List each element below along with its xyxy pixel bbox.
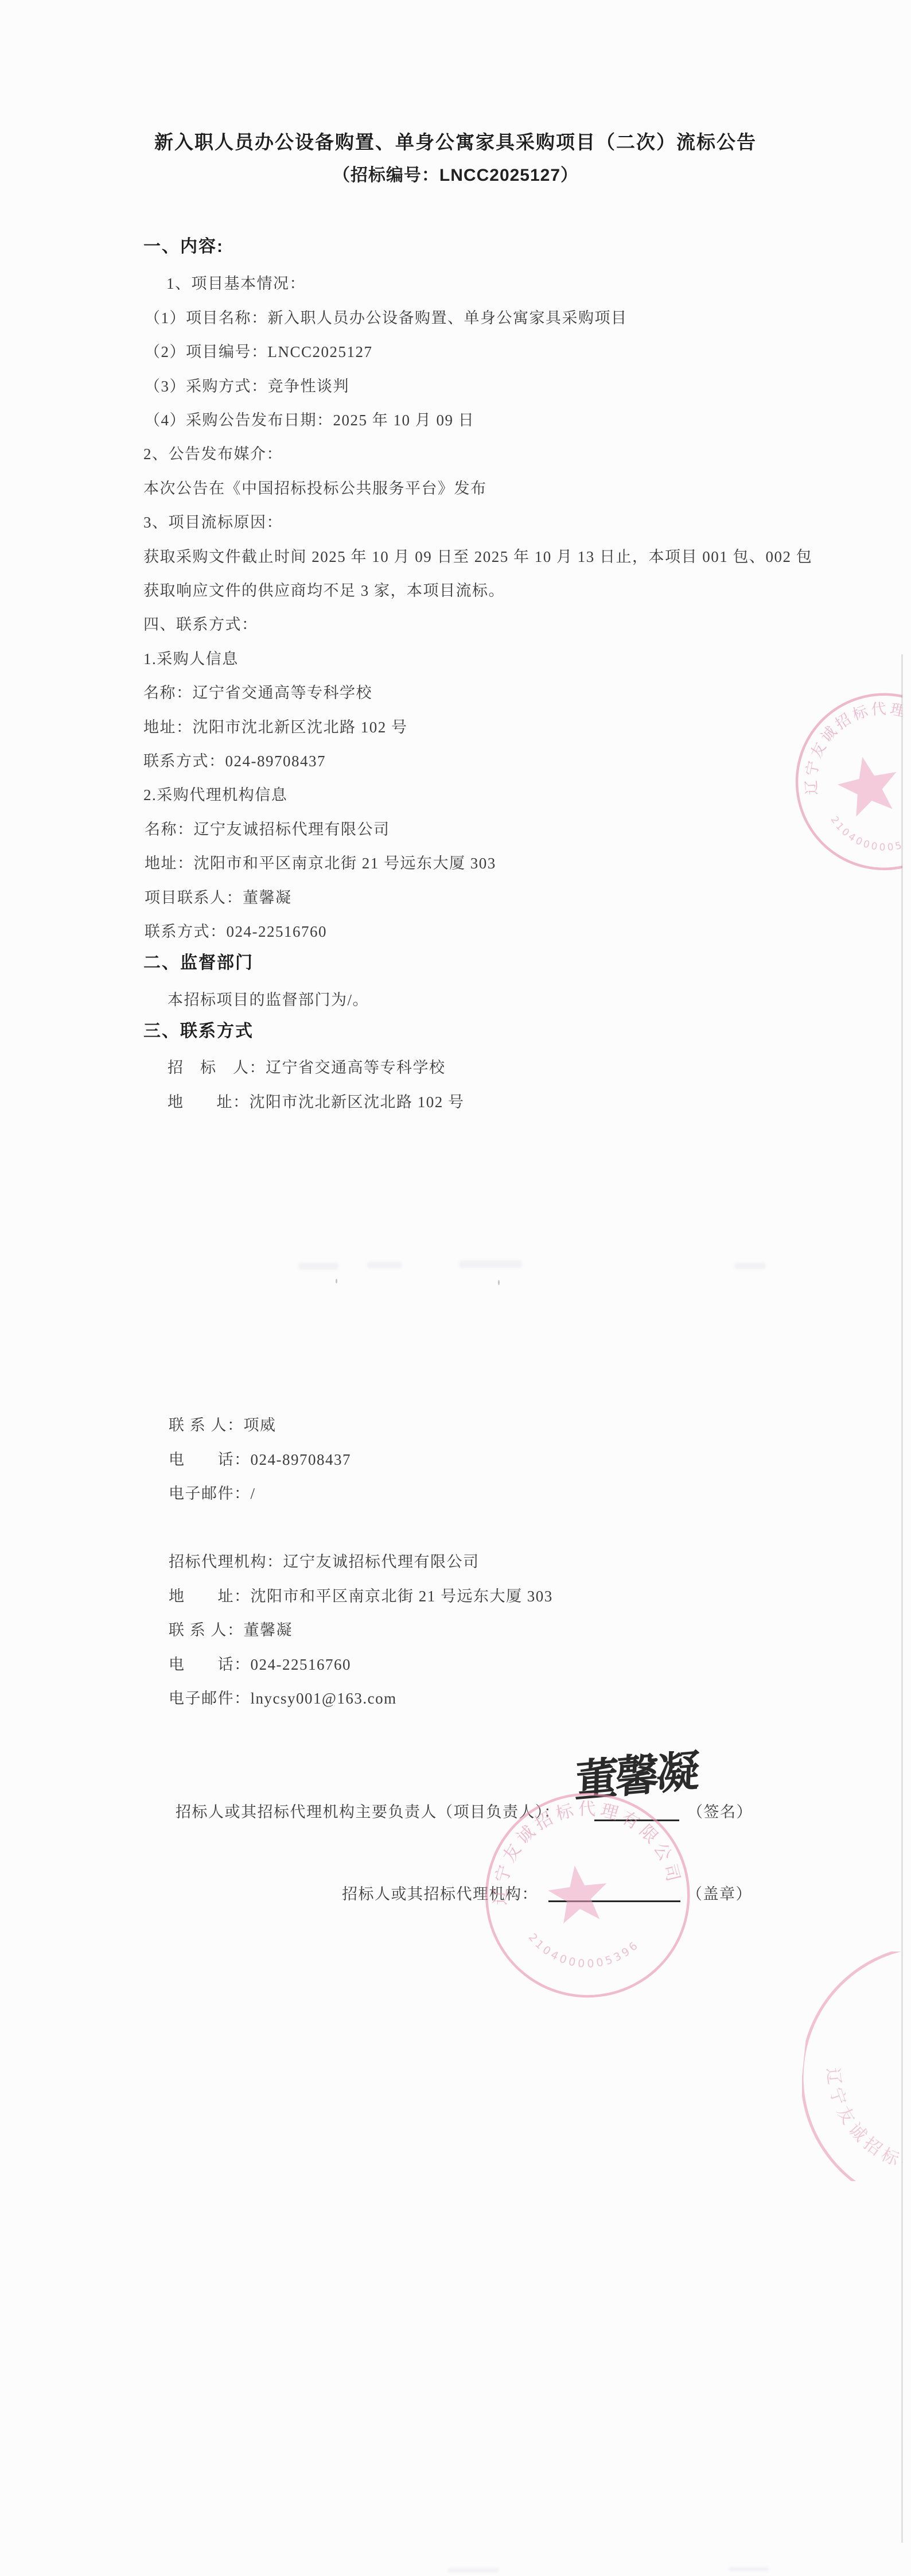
svg-text:辽宁友诚招标代理有限公: 辽宁友诚招标代理有限公 xyxy=(795,686,902,798)
body-line-agency2-name: 招标代理机构：辽宁友诚招标代理有限公司 xyxy=(169,1552,480,1572)
body-line-purchaser-name: 名称：辽宁省交通高等专科学校 xyxy=(143,683,372,703)
body-line-tenderer-address: 地 址：沈阳市沈北新区沈北路 102 号 xyxy=(168,1092,465,1112)
body-line-supervision: 本招标项目的监督部门为/。 xyxy=(168,990,369,1010)
document-title: 新入职人员办公设备购置、单身公寓家具采购项目（二次）流标公告 xyxy=(0,127,911,154)
document-subtitle-tender-number: （招标编号：LNCC2025127） xyxy=(0,161,911,186)
signature-suffix: （签名） xyxy=(687,1802,753,1822)
body-line-contact-heading: 四、联系方式： xyxy=(143,615,258,634)
seal-company-arc-text: 辽宁友诚招标代理有限公 xyxy=(795,686,902,798)
body-line-agency-info: 2.采购代理机构信息 xyxy=(143,785,287,805)
signature-line-label: 招标人或其招标代理机构主要负责人（项目负责人）： xyxy=(176,1802,560,1822)
scan-edge-smudge xyxy=(447,2568,499,2573)
body-line-media-heading: 2、公告发布媒介： xyxy=(143,444,283,464)
body-line: 1、项目基本情况： xyxy=(166,274,306,293)
section-heading-content: 一、内容: xyxy=(143,237,224,257)
company-seal-stamp-upper-right: 辽宁友诚招标代理有限公 2104000005396 xyxy=(795,686,902,876)
seal-underline xyxy=(548,1886,680,1902)
body-line-agency2-contact: 联 系 人：董馨凝 xyxy=(169,1620,293,1640)
body-line-fail-reason-heading: 3、项目流标原因： xyxy=(143,513,283,532)
section-heading-supervision: 二、监督部门 xyxy=(143,953,254,973)
body-line-purchaser-phone: 联系方式：024-89708437 xyxy=(143,751,326,771)
svg-text:2104000005396: 2104000005396 xyxy=(827,797,902,865)
body-line-procurement-method: （3）采购方式：竞争性谈判 xyxy=(145,377,349,396)
handwritten-signature: 董馨凝 xyxy=(574,1734,719,1810)
seal-company-arc-text: 辽宁友诚招标代理有限公司 xyxy=(813,2065,902,2181)
body-line-agency-address: 地址：沈阳市和平区南京北街 21 号远东大厦 303 xyxy=(145,854,496,873)
bleedthrough-smudge xyxy=(298,1263,338,1270)
body-line-fail-reason-2: 获取响应文件的供应商均不足 3 家，本项目流标。 xyxy=(143,581,505,600)
seal-reg-number: 2104000005396 xyxy=(525,1918,644,1977)
bleedthrough-smudge xyxy=(734,1263,766,1269)
body-line-purchaser-address: 地址：沈阳市沈北新区沈北路 102 号 xyxy=(143,717,408,737)
body-line-contact-person: 联 系 人：项威 xyxy=(169,1415,277,1435)
scan-edge-smudge xyxy=(729,2567,769,2571)
body-line-agency-name: 名称：辽宁友诚招标代理有限公司 xyxy=(145,820,390,839)
body-line-agency2-address: 地 址：沈阳市和平区南京北街 21 号远东大厦 303 xyxy=(169,1586,553,1606)
scan-speck xyxy=(336,1279,337,1283)
body-line-contact-phone: 电 话：024-89708437 xyxy=(169,1450,351,1469)
seal-suffix: （盖章） xyxy=(687,1884,752,1904)
body-line-announce-date: （4）采购公告发布日期：2025 年 10 月 09 日 xyxy=(145,410,474,430)
bleedthrough-smudge xyxy=(367,1262,402,1268)
company-seal-stamp-lower-right: 辽宁友诚招标代理有限公司 xyxy=(802,1952,902,2181)
body-line-agency-contact: 项目联系人：董馨凝 xyxy=(145,888,292,907)
section-heading-contact: 三、联系方式 xyxy=(143,1022,254,1041)
body-line-agency-phone: 联系方式：024-22516760 xyxy=(145,922,327,941)
body-line-agency2-email: 电子邮件：lnycsy001@163.com xyxy=(169,1689,397,1708)
bleedthrough-smudge xyxy=(459,1260,522,1268)
scan-edge-line xyxy=(901,654,903,2543)
body-line-tenderer: 招 标 人：辽宁省交通高等专科学校 xyxy=(168,1058,446,1077)
document-page: 新入职人员办公设备购置、单身公寓家具采购项目（二次）流标公告 （招标编号：LNC… xyxy=(0,0,911,2576)
scan-speck xyxy=(498,1280,500,1285)
seal-star-icon xyxy=(833,751,902,819)
body-line-agency2-phone: 电 话：024-22516760 xyxy=(169,1655,351,1674)
body-line-purchaser-info: 1.采购人信息 xyxy=(143,649,239,669)
body-line-project-name: （1）项目名称：新入职人员办公设备购置、单身公寓家具采购项目 xyxy=(145,308,628,328)
body-line-media: 本次公告在《中国招标投标公共服务平台》发布 xyxy=(143,479,487,498)
body-line-project-number: （2）项目编号：LNCC2025127 xyxy=(145,342,373,362)
seal-line-label: 招标人或其招标代理机构： xyxy=(342,1884,538,1904)
svg-text:辽宁友诚招标代理有限公司: 辽宁友诚招标代理有限公司 xyxy=(813,2065,902,2181)
body-line-fail-reason-1: 获取采购文件截止时间 2025 年 10 月 09 日至 2025 年 10 月… xyxy=(143,547,812,567)
body-line-contact-email: 电子邮件：/ xyxy=(169,1484,256,1503)
svg-text:2104000005396: 2104000005396 xyxy=(525,1918,644,1977)
seal-reg-number: 2104000005396 xyxy=(827,797,902,865)
signature-underline xyxy=(594,1805,679,1821)
